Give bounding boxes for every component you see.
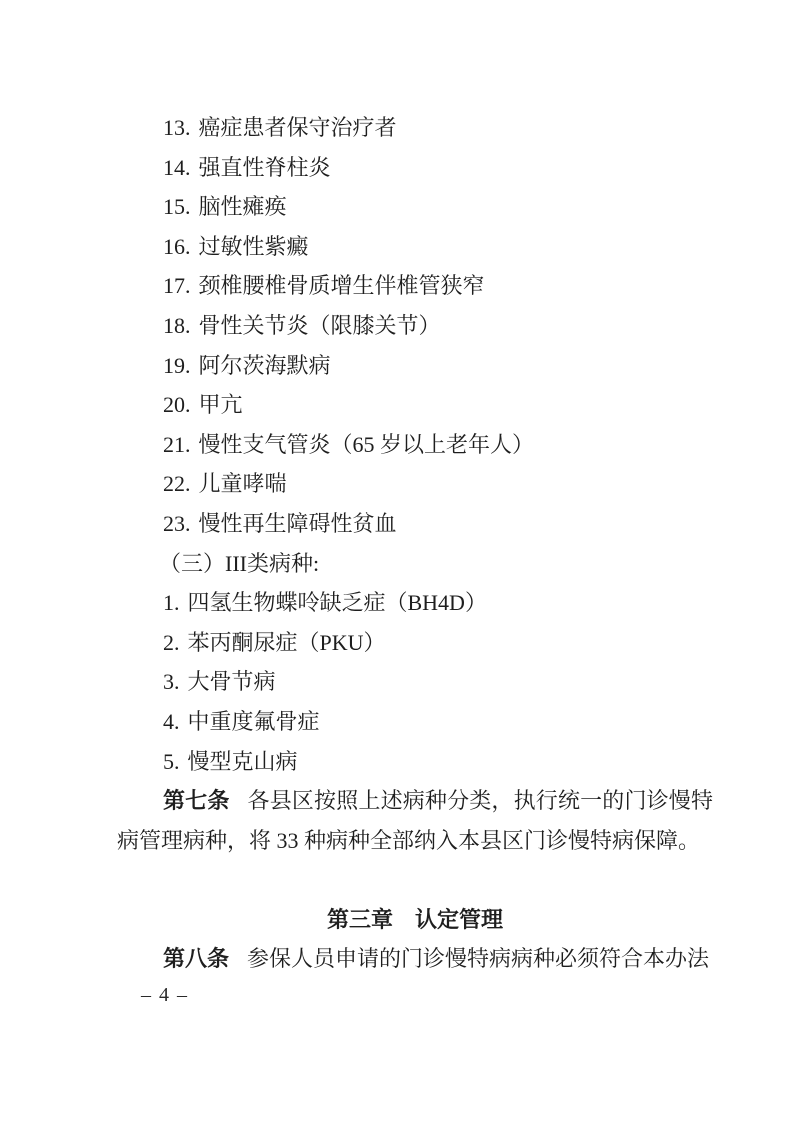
list-item-text: 甲亢 bbox=[199, 392, 243, 417]
document-content: 13.癌症患者保守治疗者 14.强直性脊柱炎 15.脑性瘫痪 16.过敏性紫癜 … bbox=[117, 108, 713, 979]
list-item-text: 颈椎腰椎骨质增生伴椎管狭窄 bbox=[199, 273, 485, 298]
list-item: 2.苯丙酮尿症（PKU） bbox=[117, 623, 713, 663]
list-item-number: 14. bbox=[163, 148, 191, 188]
list-item: 22.儿童哮喘 bbox=[117, 464, 713, 504]
list-item: 20.甲亢 bbox=[117, 385, 713, 425]
list-item-number: 18. bbox=[163, 306, 191, 346]
article-8-text: 参保人员申请的门诊慢特病病种必须符合本办法 bbox=[247, 946, 709, 971]
list-item: 15.脑性瘫痪 bbox=[117, 187, 713, 227]
article-8-paragraph: 第八条参保人员申请的门诊慢特病病种必须符合本办法 bbox=[117, 939, 713, 979]
list-item-number: 22. bbox=[163, 464, 191, 504]
list-item: 16.过敏性紫癜 bbox=[117, 227, 713, 267]
list-item-number: 5. bbox=[163, 742, 180, 782]
list-item: 4.中重度氟骨症 bbox=[117, 702, 713, 742]
list-item-text: 强直性脊柱炎 bbox=[199, 155, 331, 180]
disease-list-class3: 1.四氢生物蝶呤缺乏症（BH4D） 2.苯丙酮尿症（PKU） 3.大骨节病 4.… bbox=[117, 583, 713, 781]
article-8-label: 第八条 bbox=[163, 946, 229, 971]
list-item-number: 17. bbox=[163, 266, 191, 306]
list-item-number: 4. bbox=[163, 702, 180, 742]
list-item-text: 中重度氟骨症 bbox=[188, 709, 320, 734]
article-7-paragraph: 第七条各县区按照上述病种分类，执行统一的门诊慢特病管理病种，将 33 种病种全部… bbox=[117, 781, 713, 860]
chapter-3-heading: 第三章 认定管理 bbox=[117, 900, 713, 940]
list-item-number: 23. bbox=[163, 504, 191, 544]
list-item: 1.四氢生物蝶呤缺乏症（BH4D） bbox=[117, 583, 713, 623]
list-item-text: 苯丙酮尿症（PKU） bbox=[188, 630, 386, 655]
list-item-text: 慢性再生障碍性贫血 bbox=[199, 511, 397, 536]
list-item: 21.慢性支气管炎（65 岁以上老年人） bbox=[117, 425, 713, 465]
list-item-number: 15. bbox=[163, 187, 191, 227]
article-7-label: 第七条 bbox=[163, 788, 230, 813]
blank-line-spacer bbox=[117, 860, 713, 900]
list-item-text: 癌症患者保守治疗者 bbox=[199, 115, 397, 140]
list-item: 14.强直性脊柱炎 bbox=[117, 148, 713, 188]
disease-list-class2: 13.癌症患者保守治疗者 14.强直性脊柱炎 15.脑性瘫痪 16.过敏性紫癜 … bbox=[117, 108, 713, 544]
list-item-text: 儿童哮喘 bbox=[199, 471, 287, 496]
list-item-text: 慢性支气管炎（65 岁以上老年人） bbox=[199, 432, 535, 457]
list-item-number: 20. bbox=[163, 385, 191, 425]
list-item-text: 骨性关节炎（限膝关节） bbox=[199, 313, 441, 338]
list-item: 5.慢型克山病 bbox=[117, 742, 713, 782]
list-item: 3.大骨节病 bbox=[117, 662, 713, 702]
page-number: – 4 – bbox=[141, 984, 189, 1007]
list-item: 18.骨性关节炎（限膝关节） bbox=[117, 306, 713, 346]
list-item-number: 19. bbox=[163, 346, 191, 386]
list-item-number: 1. bbox=[163, 583, 180, 623]
list-item: 17.颈椎腰椎骨质增生伴椎管狭窄 bbox=[117, 266, 713, 306]
class3-section-heading: （三）III类病种: bbox=[117, 544, 713, 584]
list-item-text: 四氢生物蝶呤缺乏症（BH4D） bbox=[188, 590, 487, 615]
list-item: 19.阿尔茨海默病 bbox=[117, 346, 713, 386]
list-item-text: 阿尔茨海默病 bbox=[199, 353, 331, 378]
list-item-number: 16. bbox=[163, 227, 191, 267]
list-item-number: 2. bbox=[163, 623, 180, 663]
list-item-number: 13. bbox=[163, 108, 191, 148]
list-item-number: 21. bbox=[163, 425, 191, 465]
list-item-text: 慢型克山病 bbox=[188, 749, 298, 774]
list-item-text: 脑性瘫痪 bbox=[199, 194, 287, 219]
document-page: 13.癌症患者保守治疗者 14.强直性脊柱炎 15.脑性瘫痪 16.过敏性紫癜 … bbox=[0, 0, 793, 1121]
list-item: 23.慢性再生障碍性贫血 bbox=[117, 504, 713, 544]
list-item: 13.癌症患者保守治疗者 bbox=[117, 108, 713, 148]
list-item-text: 过敏性紫癜 bbox=[199, 234, 309, 259]
list-item-number: 3. bbox=[163, 662, 180, 702]
list-item-text: 大骨节病 bbox=[188, 669, 276, 694]
